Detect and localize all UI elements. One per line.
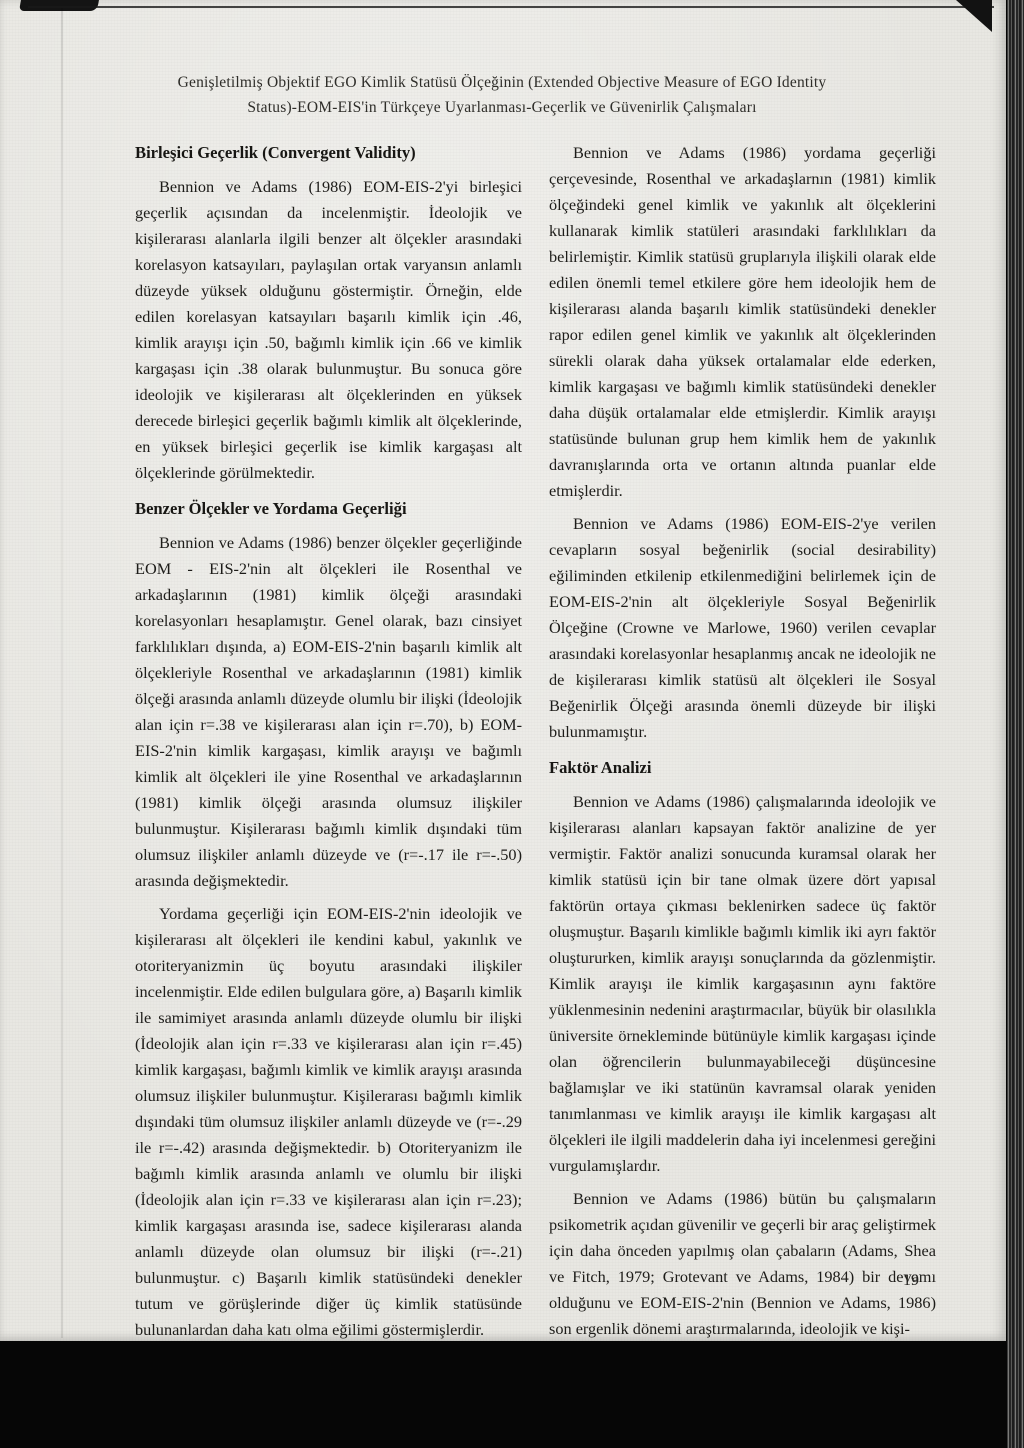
- right-column: Bennion ve Adams (1986) yordama geçerliğ…: [549, 140, 936, 1350]
- paragraph-summary: Bennion ve Adams (1986) bütün bu çalışma…: [549, 1186, 936, 1342]
- page-crease: [61, 8, 63, 1338]
- book-page-edges: [1007, 0, 1024, 1448]
- scanned-page: Genişletilmiş Objektif EGO Kimlik Statüs…: [0, 0, 1006, 1341]
- paragraph-predictive-validity: Yordama geçerliği için EOM-EIS-2'nin ide…: [135, 901, 522, 1343]
- paragraph-factor-analysis: Bennion ve Adams (1986) çalışmalarında i…: [549, 789, 936, 1179]
- section-heading-similar-scales: Benzer Ölçekler ve Yordama Geçerliği: [135, 496, 522, 522]
- running-head-title: Genişletilmiş Objektif EGO Kimlik Statüs…: [152, 70, 852, 120]
- scan-artifact-corner: [956, 0, 992, 32]
- paragraph-convergent-validity: Bennion ve Adams (1986) EOM-EIS-2'yi bir…: [135, 174, 522, 486]
- section-heading-convergent-validity: Birleşici Geçerlik (Convergent Validity): [135, 140, 522, 166]
- two-column-body: Birleşici Geçerlik (Convergent Validity)…: [135, 140, 936, 1350]
- scan-artifact-top-line: [28, 6, 994, 8]
- paragraph-status-differences: Bennion ve Adams (1986) yordama geçerliğ…: [549, 140, 936, 504]
- paragraph-similar-scales: Bennion ve Adams (1986) benzer ölçekler …: [135, 530, 522, 894]
- page-number: 19: [903, 1272, 919, 1290]
- paragraph-social-desirability: Bennion ve Adams (1986) EOM-EIS-2'ye ver…: [549, 511, 936, 745]
- left-column: Birleşici Geçerlik (Convergent Validity)…: [135, 140, 522, 1350]
- scan-black-margin-bottom: [0, 1341, 1024, 1448]
- section-heading-factor-analysis: Faktör Analizi: [549, 755, 936, 781]
